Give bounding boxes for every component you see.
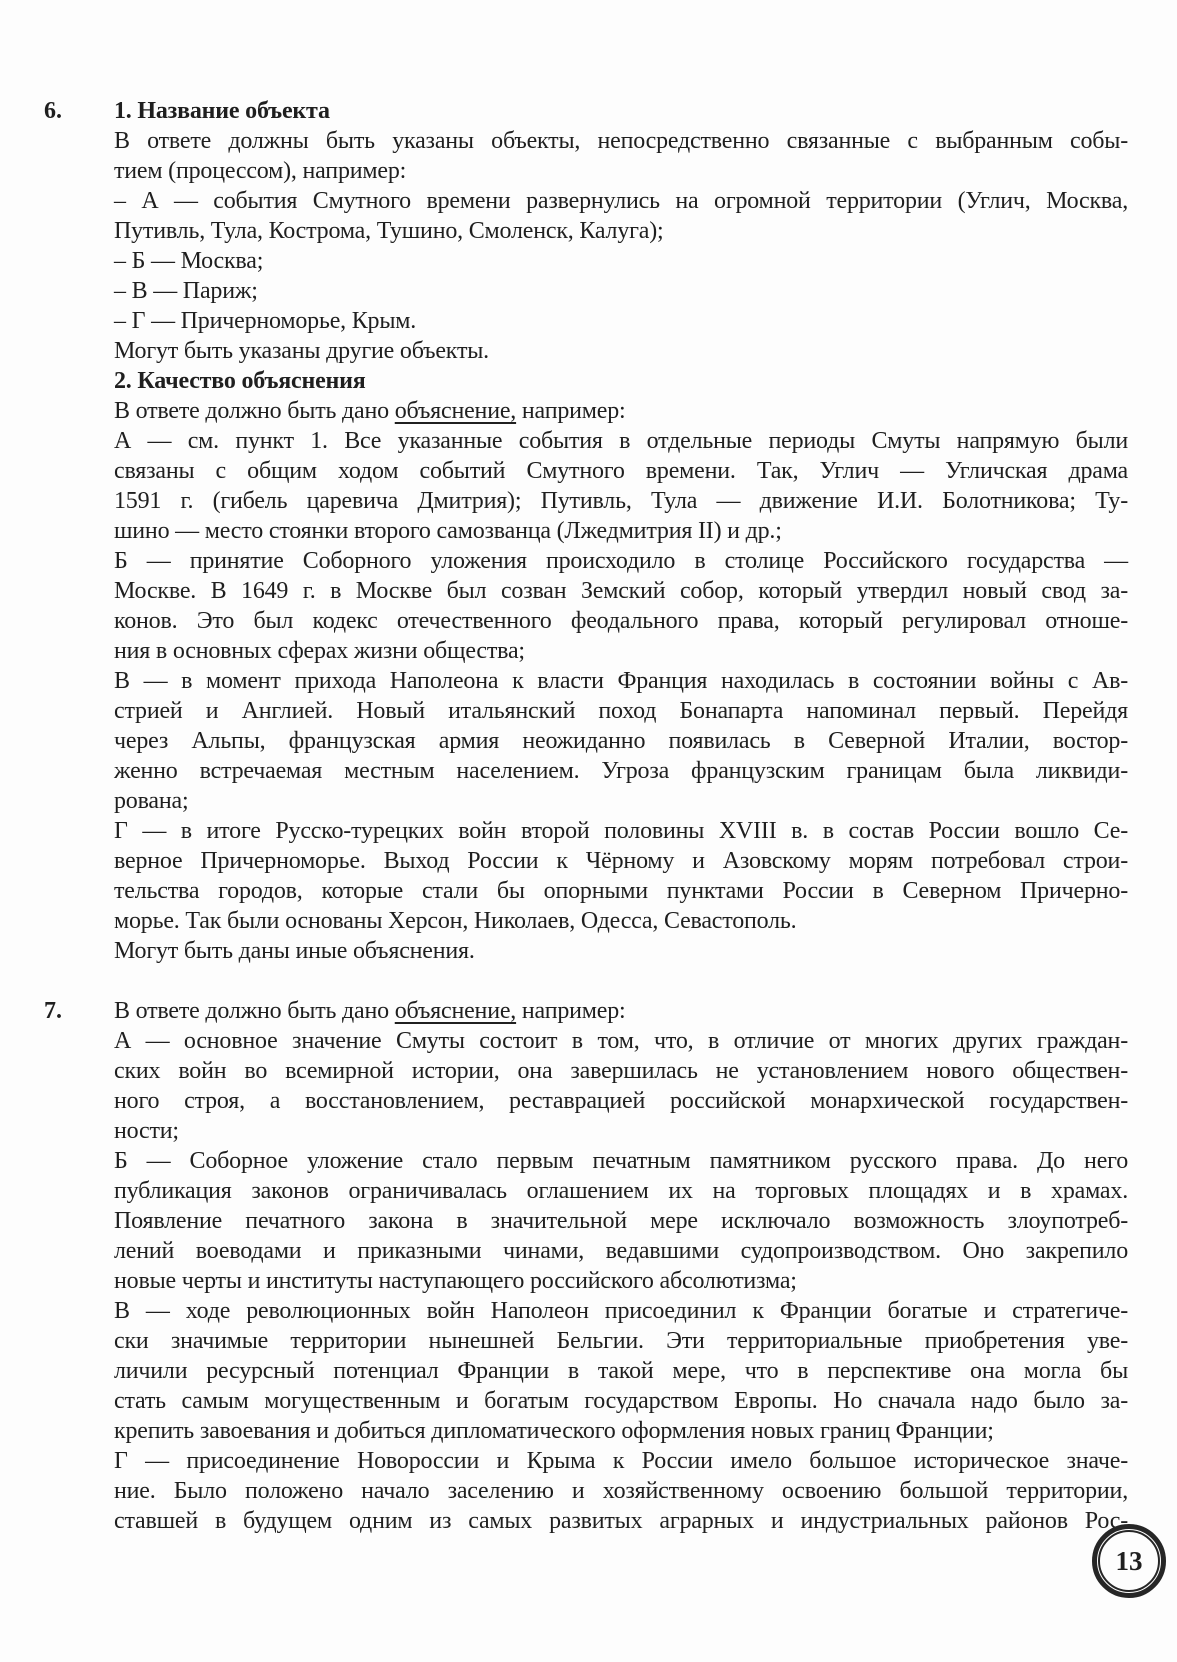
text-segment: Б — принятие Соборного уложения происход… — [114, 548, 1128, 574]
text-segment: объяснение, — [395, 398, 516, 424]
text-segment: В ответе должно быть дано — [114, 398, 395, 424]
text-segment: ния в основных сферах жизни общества; — [114, 638, 525, 664]
text-line: В ответе должны быть указаны объекты, не… — [114, 126, 1128, 156]
text-segment: – В — Париж; — [114, 278, 258, 304]
text-line: – А — события Смутного времени развернул… — [114, 186, 1128, 216]
text-line: ние. Было положено начало заселению и хо… — [114, 1476, 1128, 1506]
text-segment: 1. Название объекта — [114, 98, 330, 124]
page-number-inner-ring: 13 — [1098, 1530, 1160, 1592]
text-segment: ских войн во всемирной истории, она заве… — [114, 1058, 1128, 1084]
text-line: – В — Париж; — [114, 276, 1128, 306]
text-line: А — см. пункт 1. Все указанные события в… — [114, 426, 1128, 456]
text-segment: В ответе должны быть указаны объекты, не… — [114, 128, 1128, 154]
text-segment: морье. Так были основаны Херсон, Николае… — [114, 908, 796, 934]
task-7-answer-block: 7. В ответе должно быть дано объяснение,… — [0, 996, 1177, 1536]
scanned-answer-key-page: 6. 1. Название объектаВ ответе должны бы… — [0, 0, 1177, 1662]
text-segment: ности; — [114, 1118, 179, 1144]
text-line: через Альпы, французская армия неожиданн… — [114, 726, 1128, 756]
text-line: – Г — Причерноморье, Крым. — [114, 306, 1128, 336]
task-6-answer-block: 6. 1. Название объектаВ ответе должны бы… — [0, 96, 1177, 966]
text-segment: личили ресурсный потенциал Франции в так… — [114, 1358, 1128, 1384]
text-line: Путивль, Тула, Кострома, Тушино, Смоленс… — [114, 216, 1128, 246]
text-segment: 2. Качество объяснения — [114, 368, 366, 394]
text-segment: Г — в итоге Русско-турецких войн второй … — [114, 818, 1128, 844]
text-line: рована; — [114, 786, 1128, 816]
text-line: конов. Это был кодекс отечественного фео… — [114, 606, 1128, 636]
text-line: ности; — [114, 1116, 1128, 1146]
text-line: Б — Соборное уложение стало первым печат… — [114, 1146, 1128, 1176]
text-line: публикация законов ограничивалась оглаше… — [114, 1176, 1128, 1206]
text-segment: стать самым могущественным и богатым гос… — [114, 1388, 1128, 1414]
text-segment: В — ходе революционных войн Наполеон при… — [114, 1298, 1128, 1324]
text-segment: верное Причерноморье. Выход России к Чёр… — [114, 848, 1128, 874]
text-segment: А — основное значение Смуты состоит в то… — [114, 1028, 1128, 1054]
text-line: морье. Так были основаны Херсон, Николае… — [114, 906, 1128, 936]
text-segment: Б — Соборное уложение стало первым печат… — [114, 1148, 1128, 1174]
text-line: ставшей в будущем одним из самых развиты… — [114, 1506, 1128, 1536]
text-line: Г — присоединение Новороссии и Крыма к Р… — [114, 1446, 1128, 1476]
text-line: Москве. В 1649 г. в Москве был созван Зе… — [114, 576, 1128, 606]
text-segment: Могут быть даны иные объяснения. — [114, 938, 475, 964]
text-segment: объяснение, — [395, 998, 516, 1024]
text-line: стать самым могущественным и богатым гос… — [114, 1386, 1128, 1416]
text-line: тельства городов, которые стали бы опорн… — [114, 876, 1128, 906]
text-line: ски значимые территории нынешней Бельгии… — [114, 1326, 1128, 1356]
task-7-number: 7. — [0, 996, 114, 1536]
text-segment: Путивль, Тула, Кострома, Тушино, Смоленс… — [114, 218, 664, 244]
text-segment: тельства городов, которые стали бы опорн… — [114, 878, 1128, 904]
text-line: шино — место стоянки второго самозванца … — [114, 516, 1128, 546]
text-line: В ответе должно быть дано объяснение, на… — [114, 396, 1128, 426]
text-line: 2. Качество объяснения — [114, 366, 1128, 396]
text-line: крепить завоевания и добиться дипломатич… — [114, 1416, 1128, 1446]
text-segment: – Б — Москва; — [114, 248, 263, 274]
text-segment: ние. Было положено начало заселению и хо… — [114, 1478, 1128, 1504]
task-6-text: 1. Название объектаВ ответе должны быть … — [114, 96, 1128, 966]
text-line: В — в момент прихода Наполеона к власти … — [114, 666, 1128, 696]
text-segment: ставшей в будущем одним из самых развиты… — [114, 1508, 1128, 1534]
text-line: ских войн во всемирной истории, она заве… — [114, 1056, 1128, 1086]
text-segment: например: — [516, 998, 625, 1024]
text-line: ния в основных сферах жизни общества; — [114, 636, 1128, 666]
text-segment: – А — события Смутного времени развернул… — [114, 188, 1128, 214]
task-6-number: 6. — [0, 96, 114, 966]
text-segment: новые черты и институты наступающего рос… — [114, 1268, 797, 1294]
text-line: женно встречаемая местным населением. Уг… — [114, 756, 1128, 786]
text-line: верное Причерноморье. Выход России к Чёр… — [114, 846, 1128, 876]
text-segment: Г — присоединение Новороссии и Крыма к Р… — [114, 1448, 1128, 1474]
text-segment: публикация законов ограничивалась оглаше… — [114, 1178, 1128, 1204]
text-segment: Появление печатного закона в значительно… — [114, 1208, 1128, 1234]
text-segment: Могут быть указаны другие объекты. — [114, 338, 489, 364]
text-segment: А — см. пункт 1. Все указанные события в… — [114, 428, 1128, 454]
text-segment: – Г — Причерноморье, Крым. — [114, 308, 416, 334]
text-segment: В ответе должно быть дано — [114, 998, 395, 1024]
text-line: В ответе должно быть дано объяснение, на… — [114, 996, 1128, 1026]
text-line: 1. Название объекта — [114, 96, 1128, 126]
task-7-text: В ответе должно быть дано объяснение, на… — [114, 996, 1128, 1536]
text-segment: ски значимые территории нынешней Бельгии… — [114, 1328, 1128, 1354]
text-line: тием (процессом), например: — [114, 156, 1128, 186]
text-line: связаны с общим ходом событий Смутного в… — [114, 456, 1128, 486]
page-number: 13 — [1116, 1546, 1143, 1577]
text-line: 1591 г. (гибель царевича Дмитрия); Путив… — [114, 486, 1128, 516]
text-line: Могут быть даны иные объяснения. — [114, 936, 1128, 966]
text-line: Б — принятие Соборного уложения происход… — [114, 546, 1128, 576]
text-line: Г — в итоге Русско-турецких войн второй … — [114, 816, 1128, 846]
text-line: – Б — Москва; — [114, 246, 1128, 276]
text-line: Могут быть указаны другие объекты. — [114, 336, 1128, 366]
page-number-badge: 13 — [1092, 1524, 1166, 1598]
text-segment: шино — место стоянки второго самозванца … — [114, 518, 782, 544]
text-segment: связаны с общим ходом событий Смутного в… — [114, 458, 1128, 484]
text-line: лений воеводами и приказными чинами, вед… — [114, 1236, 1128, 1266]
text-segment: лений воеводами и приказными чинами, вед… — [114, 1238, 1128, 1264]
text-segment: крепить завоевания и добиться дипломатич… — [114, 1418, 994, 1444]
text-line: новые черты и институты наступающего рос… — [114, 1266, 1128, 1296]
text-segment: тием (процессом), например: — [114, 158, 406, 184]
text-line: Появление печатного закона в значительно… — [114, 1206, 1128, 1236]
text-segment: ного строя, а восстановлением, реставрац… — [114, 1088, 1128, 1114]
text-line: ного строя, а восстановлением, реставрац… — [114, 1086, 1128, 1116]
text-segment: стрией и Англией. Новый итальянский похо… — [114, 698, 1128, 724]
text-line: личили ресурсный потенциал Франции в так… — [114, 1356, 1128, 1386]
text-segment: Москве. В 1649 г. в Москве был созван Зе… — [114, 578, 1128, 604]
text-line: стрией и Англией. Новый итальянский похо… — [114, 696, 1128, 726]
page-content: 6. 1. Название объектаВ ответе должны бы… — [0, 96, 1177, 1536]
text-segment: рована; — [114, 788, 188, 814]
text-segment: 1591 г. (гибель царевича Дмитрия); Путив… — [114, 488, 1128, 514]
text-segment: женно встречаемая местным населением. Уг… — [114, 758, 1128, 784]
text-segment: конов. Это был кодекс отечественного фео… — [114, 608, 1128, 634]
text-line: А — основное значение Смуты состоит в то… — [114, 1026, 1128, 1056]
text-segment: через Альпы, французская армия неожиданн… — [114, 728, 1128, 754]
text-segment: например: — [516, 398, 625, 424]
text-segment: В — в момент прихода Наполеона к власти … — [114, 668, 1128, 694]
text-line: В — ходе революционных войн Наполеон при… — [114, 1296, 1128, 1326]
